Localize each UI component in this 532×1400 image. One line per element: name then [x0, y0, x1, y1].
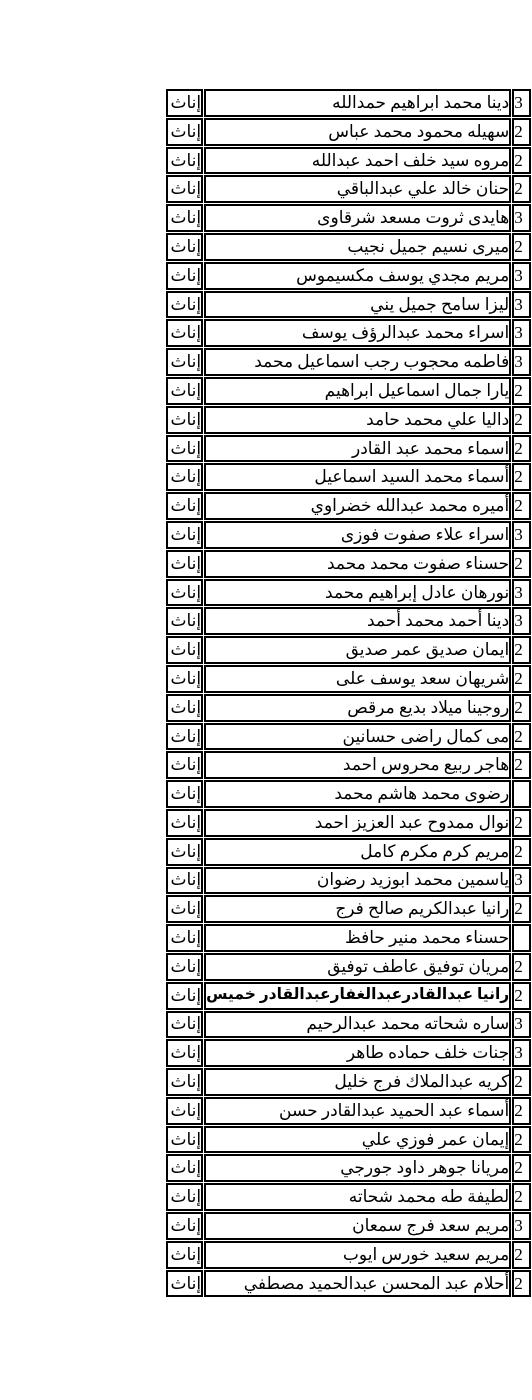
row-number-cell: 3 — [512, 204, 531, 232]
gender-cell: إناث — [166, 291, 203, 319]
student-name-cell: أميره محمد عبدالله خضراوي — [204, 492, 511, 520]
gender-cell: إناث — [166, 982, 203, 1010]
gender-cell: إناث — [166, 1241, 203, 1269]
gender-cell: إناث — [166, 895, 203, 923]
table-row: 2 مريم سعيد خورس ايوب إناث — [166, 1241, 531, 1269]
gender-cell: إناث — [166, 809, 203, 837]
student-name-cell: حسناء محمد منير حافظ — [204, 924, 511, 952]
student-name-cell: مريان توفيق عاطف توفيق — [204, 953, 511, 981]
gender-cell: إناث — [166, 435, 203, 463]
gender-cell: إناث — [166, 636, 203, 664]
row-number-cell: 3 — [512, 579, 531, 607]
student-name-cell: دينا أحمد محمد أحمد — [204, 607, 511, 635]
gender-cell: إناث — [166, 751, 203, 779]
row-number-cell: 3 — [512, 1011, 531, 1039]
row-number-cell: 2 — [512, 895, 531, 923]
table-row: 3 جنات خلف حماده طاهر إناث — [166, 1039, 531, 1067]
student-name-cell: ياسمين محمد ابوزيد رضوان — [204, 867, 511, 895]
student-name-cell: كريه عبدالملاك فرج خليل — [204, 1068, 511, 1096]
table-row: 2 روجينا ميلاد بديع مرقص إناث — [166, 694, 531, 722]
gender-cell: إناث — [166, 1126, 203, 1154]
row-number-cell: 2 — [512, 809, 531, 837]
student-name-cell: ايمان صديق عمر صديق — [204, 636, 511, 664]
table-row: 2 كريه عبدالملاك فرج خليل إناث — [166, 1068, 531, 1096]
row-number-cell: 2 — [512, 1068, 531, 1096]
gender-cell: إناث — [166, 665, 203, 693]
table-row: 2 أحلام عبد المحسن عبدالحميد مصطفي إناث — [166, 1270, 531, 1298]
table-row: 2 داليا علي محمد حامد إناث — [166, 406, 531, 434]
table-row: 2 مريانا جوهر داود جورجي إناث — [166, 1154, 531, 1182]
table-row: 3 فاطمه محجوب رجب اسماعيل محمد إناث — [166, 348, 531, 376]
student-name-cell: رانيا عبدالكريم صالح فرج — [204, 895, 511, 923]
row-number-cell: 3 — [512, 319, 531, 347]
row-number-cell: 2 — [512, 435, 531, 463]
student-name-cell: داليا علي محمد حامد — [204, 406, 511, 434]
row-number-cell: 2 — [512, 118, 531, 146]
student-name-cell: أسماء محمد السيد اسماعيل — [204, 463, 511, 491]
row-number-cell: 2 — [512, 1126, 531, 1154]
student-name-cell: نورهان عادل إبراهيم محمد — [204, 579, 511, 607]
table-row: 2 نوال ممدوح عبد العزيز احمد إناث — [166, 809, 531, 837]
row-number-cell: 2 — [512, 665, 531, 693]
table-row: 3 ليزا سامح جميل يني إناث — [166, 291, 531, 319]
gender-cell: إناث — [166, 147, 203, 175]
table-row: 3 اسراء محمد عبدالرؤف يوسف إناث — [166, 319, 531, 347]
row-number-cell: 2 — [512, 1097, 531, 1125]
row-number-cell: 3 — [512, 521, 531, 549]
table-row: 2 ميرى نسيم جميل نجيب إناث — [166, 233, 531, 261]
gender-cell: إناث — [166, 1212, 203, 1240]
table-row: 2 لطيفة طه محمد شحاته إناث — [166, 1183, 531, 1211]
gender-cell: إناث — [166, 1039, 203, 1067]
student-name-cell: هاجر ربيع محروس احمد — [204, 751, 511, 779]
table-row: 3 دينا محمد ابراهيم حمدالله إناث — [166, 89, 531, 117]
student-name-cell: اسراء محمد عبدالرؤف يوسف — [204, 319, 511, 347]
student-name-cell: ليزا سامح جميل يني — [204, 291, 511, 319]
row-number-cell: 2 — [512, 233, 531, 261]
student-name-cell: مى كمال راضى حسانين — [204, 723, 511, 751]
row-number-cell: 2 — [512, 147, 531, 175]
gender-cell: إناث — [166, 1068, 203, 1096]
row-number-cell: 2 — [512, 751, 531, 779]
student-name-cell: مريم سعد فرج سمعان — [204, 1212, 511, 1240]
student-name-cell: هايدى ثروت مسعد شرقاوى — [204, 204, 511, 232]
student-name-cell: رانيا عبدالقادرعبدالغفارعبدالقادر خميس — [204, 982, 511, 1010]
student-name-cell: مريم كرم مكرم كامل — [204, 838, 511, 866]
student-name-cell: دينا محمد ابراهيم حمدالله — [204, 89, 511, 117]
gender-cell: إناث — [166, 319, 203, 347]
table-row: رضوى محمد هاشم محمد إناث — [166, 780, 531, 808]
gender-cell: إناث — [166, 1097, 203, 1125]
student-name-cell: اسراء علاء صفوت فوزى — [204, 521, 511, 549]
table-row: 2 مروه سيد خلف احمد عبدالله إناث — [166, 147, 531, 175]
student-name-cell: سهيله محمود محمد عباس — [204, 118, 511, 146]
row-number-cell: 2 — [512, 550, 531, 578]
row-number-cell: 2 — [512, 377, 531, 405]
row-number-cell: 2 — [512, 463, 531, 491]
student-name-cell: مريانا جوهر داود جورجي — [204, 1154, 511, 1182]
row-number-cell: 2 — [512, 723, 531, 751]
table-row: 2 أسماء محمد السيد اسماعيل إناث — [166, 463, 531, 491]
row-number-cell: 3 — [512, 262, 531, 290]
row-number-cell — [512, 924, 531, 952]
row-number-cell: 2 — [512, 1154, 531, 1182]
row-number-cell: 2 — [512, 636, 531, 664]
table-row: 2 رانيا عبدالكريم صالح فرج إناث — [166, 895, 531, 923]
row-number-cell: 3 — [512, 1039, 531, 1067]
student-name-cell: مريم مجدي يوسف مكسيموس — [204, 262, 511, 290]
row-number-cell: 3 — [512, 89, 531, 117]
gender-cell: إناث — [166, 723, 203, 751]
table-row: 3 ياسمين محمد ابوزيد رضوان إناث — [166, 867, 531, 895]
gender-cell: إناث — [166, 1270, 203, 1298]
gender-cell: إناث — [166, 867, 203, 895]
table-row: 3 نورهان عادل إبراهيم محمد إناث — [166, 579, 531, 607]
row-number-cell: 2 — [512, 694, 531, 722]
student-name-cell: مريم سعيد خورس ايوب — [204, 1241, 511, 1269]
row-number-cell: 2 — [512, 1241, 531, 1269]
gender-cell: إناث — [166, 550, 203, 578]
gender-cell: إناث — [166, 175, 203, 203]
gender-cell: إناث — [166, 924, 203, 952]
gender-cell: إناث — [166, 838, 203, 866]
student-name-cell: رضوى محمد هاشم محمد — [204, 780, 511, 808]
row-number-cell: 2 — [512, 406, 531, 434]
gender-cell: إناث — [166, 780, 203, 808]
row-number-cell: 2 — [512, 175, 531, 203]
row-number-cell: 2 — [512, 1183, 531, 1211]
table-row: 3 ساره شحاته محمد عبدالرحيم إناث — [166, 1011, 531, 1039]
table-row: 3 دينا أحمد محمد أحمد إناث — [166, 607, 531, 635]
row-number-cell: 2 — [512, 838, 531, 866]
student-name-cell: نوال ممدوح عبد العزيز احمد — [204, 809, 511, 837]
gender-cell: إناث — [166, 579, 203, 607]
row-number-cell — [512, 780, 531, 808]
student-name-cell: فاطمه محجوب رجب اسماعيل محمد — [204, 348, 511, 376]
gender-cell: إناث — [166, 694, 203, 722]
student-name-cell: يارا جمال اسماعيل ابراهيم — [204, 377, 511, 405]
student-name-cell: شريهان سعد يوسف على — [204, 665, 511, 693]
table-row: 3 مريم مجدي يوسف مكسيموس إناث — [166, 262, 531, 290]
gender-cell: إناث — [166, 262, 203, 290]
row-number-cell: 3 — [512, 867, 531, 895]
student-name-cell: مروه سيد خلف احمد عبدالله — [204, 147, 511, 175]
gender-cell: إناث — [166, 463, 203, 491]
row-number-cell: 3 — [512, 1212, 531, 1240]
student-name-cell: لطيفة طه محمد شحاته — [204, 1183, 511, 1211]
student-name-cell: أحلام عبد المحسن عبدالحميد مصطفي — [204, 1270, 511, 1298]
female-students-table: 3 دينا محمد ابراهيم حمدالله إناث 2 سهيله… — [165, 88, 532, 1298]
student-name-cell: أسماء عبد الحميد عبدالقادر حسن — [204, 1097, 511, 1125]
gender-cell: إناث — [166, 118, 203, 146]
gender-cell: إناث — [166, 89, 203, 117]
table-row: 2 يارا جمال اسماعيل ابراهيم إناث — [166, 377, 531, 405]
student-name-cell: حنان خالد علي عبدالباقي — [204, 175, 511, 203]
row-number-cell: 3 — [512, 607, 531, 635]
table-row: 2 مريم كرم مكرم كامل إناث — [166, 838, 531, 866]
gender-cell: إناث — [166, 1154, 203, 1182]
table-row: 2 إيمان عمر فوزي علي إناث — [166, 1126, 531, 1154]
gender-cell: إناث — [166, 406, 203, 434]
row-number-cell: 3 — [512, 348, 531, 376]
table-row: 2 أسماء عبد الحميد عبدالقادر حسن إناث — [166, 1097, 531, 1125]
student-name-cell: جنات خلف حماده طاهر — [204, 1039, 511, 1067]
table-row: 2 سهيله محمود محمد عباس إناث — [166, 118, 531, 146]
row-number-cell: 2 — [512, 1270, 531, 1298]
student-name-cell: ساره شحاته محمد عبدالرحيم — [204, 1011, 511, 1039]
gender-cell: إناث — [166, 348, 203, 376]
gender-cell: إناث — [166, 1183, 203, 1211]
table-row: 3 مريم سعد فرج سمعان إناث — [166, 1212, 531, 1240]
roster-sheet: 3 دينا محمد ابراهيم حمدالله إناث 2 سهيله… — [165, 88, 532, 1298]
student-name-cell: إيمان عمر فوزي علي — [204, 1126, 511, 1154]
gender-cell: إناث — [166, 492, 203, 520]
table-row: 2 أميره محمد عبدالله خضراوي إناث — [166, 492, 531, 520]
table-body: 3 دينا محمد ابراهيم حمدالله إناث 2 سهيله… — [166, 89, 531, 1297]
student-name-cell: اسماء محمد عبد القادر — [204, 435, 511, 463]
gender-cell: إناث — [166, 607, 203, 635]
row-number-cell: 2 — [512, 953, 531, 981]
gender-cell: إناث — [166, 204, 203, 232]
row-number-cell: 2 — [512, 982, 531, 1010]
gender-cell: إناث — [166, 521, 203, 549]
row-number-cell: 2 — [512, 492, 531, 520]
table-row: 2 اسماء محمد عبد القادر إناث — [166, 435, 531, 463]
student-name-cell: روجينا ميلاد بديع مرقص — [204, 694, 511, 722]
table-row: 3 اسراء علاء صفوت فوزى إناث — [166, 521, 531, 549]
gender-cell: إناث — [166, 953, 203, 981]
table-row: حسناء محمد منير حافظ إناث — [166, 924, 531, 952]
table-row: 2 رانيا عبدالقادرعبدالغفارعبدالقادر خميس… — [166, 982, 531, 1010]
table-row: 2 حنان خالد علي عبدالباقي إناث — [166, 175, 531, 203]
table-row: 2 مى كمال راضى حسانين إناث — [166, 723, 531, 751]
student-name-cell: حسناء صفوت محمد محمد — [204, 550, 511, 578]
table-row: 2 هاجر ربيع محروس احمد إناث — [166, 751, 531, 779]
table-row: 3 هايدى ثروت مسعد شرقاوى إناث — [166, 204, 531, 232]
gender-cell: إناث — [166, 233, 203, 261]
table-row: 2 حسناء صفوت محمد محمد إناث — [166, 550, 531, 578]
table-row: 2 شريهان سعد يوسف على إناث — [166, 665, 531, 693]
row-number-cell: 3 — [512, 291, 531, 319]
table-row: 2 مريان توفيق عاطف توفيق إناث — [166, 953, 531, 981]
table-row: 2 ايمان صديق عمر صديق إناث — [166, 636, 531, 664]
gender-cell: إناث — [166, 377, 203, 405]
student-name-cell: ميرى نسيم جميل نجيب — [204, 233, 511, 261]
gender-cell: إناث — [166, 1011, 203, 1039]
